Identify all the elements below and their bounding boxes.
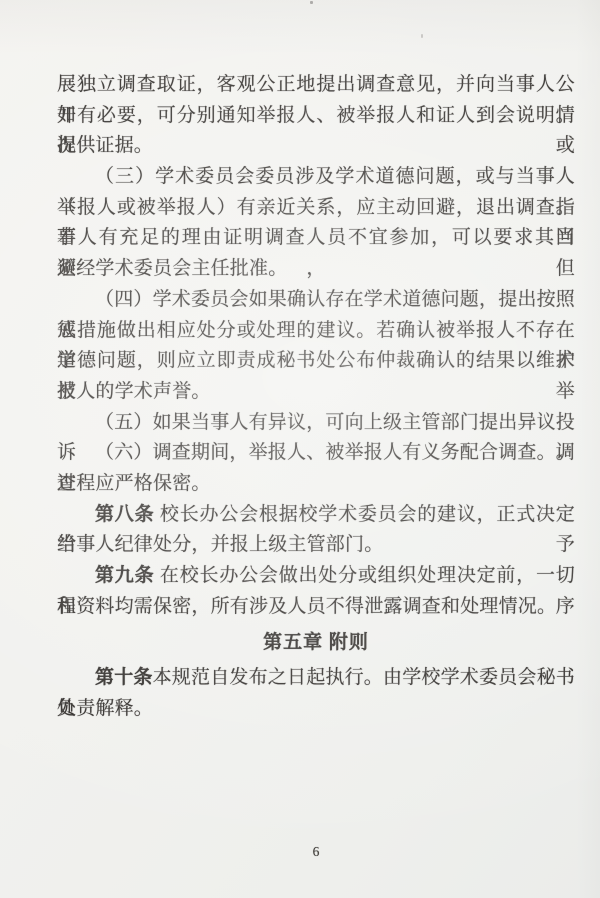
text-line: 如有必要，可分别通知举报人、被举报人和证人到会说明情况或 [57, 101, 575, 132]
text-line: 事人有充足的理由证明调查人员不宜参加，可以要求其回避，但 [57, 223, 575, 254]
text-line: （三）学术委员会委员涉及学术道德问题，或与当事人（指 [57, 162, 575, 193]
article-number: 第十条 [95, 667, 153, 688]
text-line: 展独立调查取证，客观公正地提出调查意见，并向当事人公开。 [57, 70, 575, 101]
text-line: 戒措施做出相应处分或处理的建议。若确认被举报人不存在学术 [57, 316, 575, 347]
text-block: 展独立调查取证，客观公正地提出调查意见，并向当事人公开。 如有必要，可分别通知举… [57, 70, 575, 724]
text-line: 道德问题，则应立即责成秘书处公布仲裁确认的结果以维护被举 [57, 346, 575, 377]
text-line: （五）如果当事人有异议，可向上级主管部门提出异议投诉。 [57, 408, 575, 439]
scan-speck [421, 34, 423, 38]
text-line: （六）调查期间，举报人、被举报人有义务配合调查。调查 [57, 438, 575, 469]
document-page: 展独立调查取证，客观公正地提出调查意见，并向当事人公开。 如有必要，可分别通知举… [0, 0, 600, 898]
article-number: 第八条 [95, 504, 154, 525]
chapter-heading: 第五章 附则 [57, 628, 575, 659]
text-line: 负责解释。 [57, 694, 575, 725]
text-line: 和资料均需保密，所有涉及人员不得泄露调查和处理情况。 [57, 592, 575, 623]
text-line: 第九条 在校长办公会做出处分或组织处理决定前，一切程序 [57, 561, 575, 592]
page-number: 6 [0, 844, 600, 860]
text-line: （四）学术委员会如果确认存在学术道德问题，提出按照惩 [57, 285, 575, 316]
scan-speck [310, 1, 313, 4]
text-line: 第十条本规范自发布之日起执行。由学校学术委员会秘书处 [57, 663, 575, 694]
text-line: 第八条 校长办公会根据校学术委员会的建议，正式决定给予 [57, 500, 575, 531]
text-line: 举报人或被举报人）有亲近关系，应主动回避，退出调查。若当 [57, 193, 575, 224]
article-number: 第九条 [95, 565, 154, 586]
text-line: 过程应严格保密。 [57, 469, 575, 500]
